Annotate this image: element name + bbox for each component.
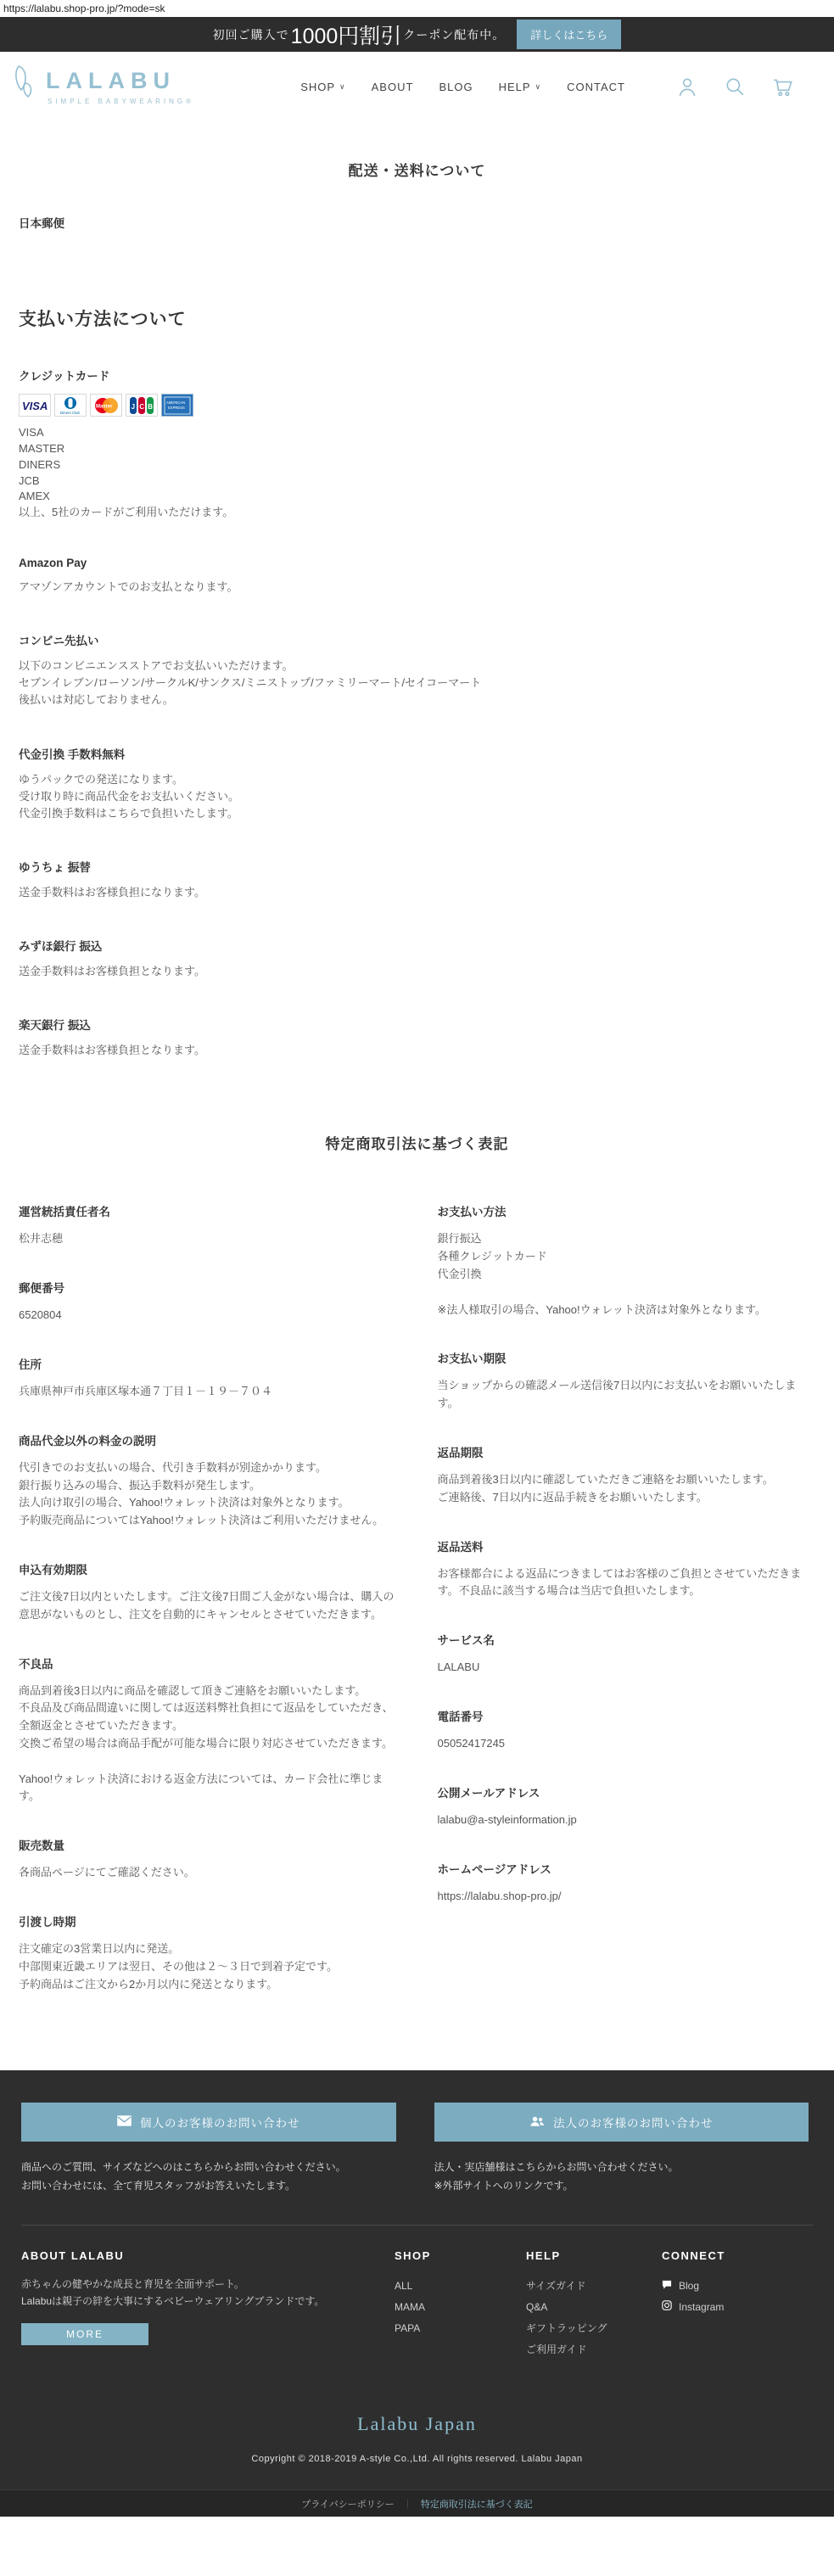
footer-link-mama[interactable]: MAMA [395,2297,526,2318]
footer-connect-heading: CONNECT [662,2249,813,2262]
lalabu-leaf-icon [14,64,39,109]
nav-help[interactable]: HELP∨ [499,81,542,93]
legal-item: 商品代金以外の料金の説明代引きでのお支払いの場合、代引き手数料が別途かかります。… [19,1431,397,1530]
legal-item-body: 銀行振込 各種クレジットカード 代金引換 ※法人様取引の場合、Yahoo!ウォレ… [438,1230,816,1319]
legal-item-heading: ホームページアドレス [438,1860,816,1877]
credit-heading: クレジットカード [19,367,815,384]
footer-bottom-bar: プライバシーポリシー ｜ 特定商取引法に基づく表記 [0,2489,834,2517]
brand-jcb: JCB [19,473,815,490]
legal-item: ホームページアドレスhttps://lalabu.shop-pro.jp/ [438,1860,816,1906]
legal-right-column: お支払い方法銀行振込 各種クレジットカード 代金引換 ※法人様取引の場合、Yah… [438,1202,816,1935]
method-heading: 楽天銀行 振込 [19,1016,815,1033]
carrier-heading: 日本郵便 [19,214,815,231]
legal-item-heading: 引渡し時期 [19,1912,397,1929]
promo-text-post: クーポン配布中。 [403,26,505,43]
legal-item-body: 6520804 [19,1307,397,1324]
method-heading: Amazon Pay [19,557,815,569]
corporate-contact-block: 法人のお客様のお問い合わせ 法人・実店舗様はこちらからお問い合わせください。 ※… [434,2103,809,2195]
corporate-contact-button[interactable]: 法人のお客様のお問い合わせ [434,2103,809,2142]
legal-item-body: 05052417245 [438,1735,816,1753]
nav-shop-label: SHOP [300,81,335,93]
chevron-down-icon: ∨ [535,82,542,92]
privacy-policy-link[interactable]: プライバシーポリシー [301,2497,394,2511]
legal-item-body: 当ショップからの確認メール送信後7日以内にお支払いをお願いいたします。 [438,1377,816,1413]
legal-item-body: 兵庫県神戸市兵庫区塚本通７丁目１－１９－７０４ [19,1383,397,1401]
nav-contact-label: CONTACT [567,81,625,93]
footer-link-sizeguide[interactable]: サイズガイド [526,2276,662,2297]
tokushoho-link[interactable]: 特定商取引法に基づく表記 [421,2497,533,2511]
footer-help-heading: HELP [526,2249,662,2262]
cart-icon[interactable] [771,76,795,98]
legal-item: 住所兵庫県神戸市兵庫区塚本通７丁目１－１９－７０４ [19,1355,397,1401]
mastercard-icon: Master [90,394,122,417]
brand-visa: VISA [19,425,815,441]
brand-amex: AMEX [19,489,815,505]
promo-banner: 初回ご購入で 1000円割引 クーポン配布中。 詳しくはこちら [0,17,834,52]
footer-link-qa[interactable]: Q&A [526,2297,662,2318]
method-heading: みずほ銀行 振込 [19,937,815,954]
legal-item: 不良品商品到着後3日以内に商品を確認して頂きご連絡をお願いいたします。 不良品及… [19,1655,397,1806]
footer-link-instagram[interactable]: Instagram [662,2297,813,2318]
legal-item: お支払い方法銀行振込 各種クレジットカード 代金引換 ※法人様取引の場合、Yah… [438,1202,816,1319]
card-brand-icons: VISA Diners Club Master JCB AMERICANEXPR… [19,394,815,417]
legal-item-body: 商品到着後3日以内に商品を確認して頂きご連絡をお願いいたします。 不良品及び商品… [19,1683,397,1806]
personal-contact-button[interactable]: 個人のお客様のお問い合わせ [21,2103,396,2142]
footer-link-papa[interactable]: PAPA [395,2318,526,2339]
legal-item-heading: 返品期限 [438,1443,816,1460]
footer-help-column: HELP サイズガイド Q&A ギフトラッピング ご利用ガイド [526,2249,662,2361]
svg-text:J: J [132,403,135,411]
method-heading: ゆうちょ 振替 [19,858,815,875]
nav-about-label: ABOUT [372,81,414,93]
diners-icon: Diners Club [54,394,87,417]
legal-item-heading: 電話番号 [438,1707,816,1724]
svg-text:Diners Club: Diners Club [60,411,80,415]
payment-method-amazonpay: Amazon Pay アマゾンアカウントでのお支払となります。 [19,557,815,596]
legal-item: 返品送料お客様都合による返品につきましてはお客様のご負担とさせていただきます。不… [438,1537,816,1601]
contact-section: 個人のお客様のお問い合わせ 商品へのご質問、サイズなどへのはこちらからお問い合わ… [0,2070,834,2224]
footer-link-blog[interactable]: Blog [662,2276,813,2297]
legal-item-heading: 商品代金以外の料金の説明 [19,1431,397,1448]
footer-link-blog-label: Blog [679,2276,699,2297]
svg-text:Master: Master [96,404,113,409]
legal-item-heading: お支払い方法 [438,1202,816,1219]
legal-item-body: 注文確定の3営業日以内に発送。 中部関東近畿エリアは翌日、その他は２〜３日で到着… [19,1940,397,1993]
promo-text-pre: 初回ご購入で [213,26,289,43]
payment-method-yucho: ゆうちょ 振替 送金手数料はお客様負担になります。 [19,858,815,901]
footer-link-giftwrap[interactable]: ギフトラッピング [526,2318,662,2339]
personal-contact-block: 個人のお客様のお問い合わせ 商品へのご質問、サイズなどへのはこちらからお問い合わ… [21,2103,396,2195]
method-body: 送金手数料はお客様負担となります。 [19,1042,815,1059]
shipping-title: 配送・送料について [19,159,815,180]
brand-diners: DINERS [19,457,815,473]
svg-text:EXPRESS: EXPRESS [168,406,185,410]
legal-item: 公開メールアドレスlalabu@a-styleinformation.jp [438,1784,816,1829]
method-body: 以下のコンビニエンスストアでお支払いいただけます。 セブンイレブン/ローソン/サ… [19,658,815,708]
legal-item-body: 代引きでのお支払いの場合、代引き手数料が別途かかります。 銀行振り込みの場合、振… [19,1459,397,1530]
legal-item-body: https://lalabu.shop-pro.jp/ [438,1888,816,1906]
legal-item-heading: 住所 [19,1355,397,1372]
method-body: 送金手数料はお客様負担になります。 [19,884,815,901]
nav-blog-label: BLOG [439,81,473,93]
credit-card-block: クレジットカード VISA Diners Club Master JCB AME… [19,367,815,521]
method-body: アマゾンアカウントでのお支払となります。 [19,579,815,596]
instagram-icon [662,2297,672,2318]
legal-left-column: 運営統括責任者名松井志穂 郵便番号6520804 住所兵庫県神戸市兵庫区塚本通７… [19,1202,397,2024]
payment-title: 支払い方法について [19,305,815,331]
site-logo[interactable]: LALABU SIMPLE BABYWEARING® [14,64,194,109]
jcb-icon: JCB [126,394,158,417]
footer-columns: ABOUT LALABU 赤ちゃんの健やかな成長と育児を全面サポート。 Lala… [21,2226,813,2361]
footer-link-all[interactable]: ALL [395,2276,526,2297]
legal-item-heading: 運営統括責任者名 [19,1202,397,1219]
legal-item: 運営統括責任者名松井志穂 [19,1202,397,1248]
card-brand-list: VISA MASTER DINERS JCB AMEX 以上、5社のカードがご利… [19,425,815,521]
legal-item-heading: 不良品 [19,1655,397,1672]
nav-contact[interactable]: CONTACT [567,81,625,93]
logo-tagline: SIMPLE BABYWEARING® [48,98,194,105]
payment-method-mizuho: みずほ銀行 振込 送金手数料はお客様負担となります。 [19,937,815,980]
legal-table: 運営統括責任者名松井志穂 郵便番号6520804 住所兵庫県神戸市兵庫区塚本通７… [19,1202,815,2024]
legal-item-heading: 郵便番号 [19,1279,397,1296]
payment-method-rakuten: 楽天銀行 振込 送金手数料はお客様負担となります。 [19,1016,815,1059]
nav-blog[interactable]: BLOG [439,81,473,93]
footer-shop-heading: SHOP [395,2249,526,2262]
legal-item-body: 商品到着後3日以内に確認していただきご連絡をお願いいたします。 ご連絡後、7日以… [438,1471,816,1507]
legal-item-body: ご注文後7日以内といたします。ご注文後7日間ご入金がない場合は、購入の意思がない… [19,1588,397,1624]
footer-connect-column: CONNECT Blog Instagram [662,2249,813,2361]
promo-text: 初回ご購入で 1000円割引 クーポン配布中。 [213,20,506,50]
corporate-contact-label: 法人のお客様のお問い合わせ [553,2114,714,2131]
footer-about-text: 赤ちゃんの健やかな成長と育児を全面サポート。 Lalabuは親子の絆を大事にする… [21,2276,395,2310]
chevron-down-icon: ∨ [339,82,346,92]
legal-item-body: 各商品ページにてご確認ください。 [19,1864,397,1882]
footer-copyright: Copyright © 2018-2019 A-style Co.,Ltd. A… [21,2435,813,2489]
legal-item-heading: 返品送料 [438,1537,816,1554]
footer-link-guide[interactable]: ご利用ガイド [526,2339,662,2360]
svg-text:AMERICAN: AMERICAN [166,400,185,405]
legal-item: お支払い期限当ショップからの確認メール送信後7日以内にお支払いをお願いいたします… [438,1349,816,1413]
promo-text-big: 1000円割引 [291,20,402,50]
site-header: LALABU SIMPLE BABYWEARING® SHOP∨ ABOUT B… [0,52,834,121]
svg-text:VISA: VISA [22,400,48,412]
footer-about-column: ABOUT LALABU 赤ちゃんの健やかな成長と育児を全面サポート。 Lala… [21,2249,395,2361]
payment-method-cod: 代金引換 手数料無料 ゆうパックでの発送になります。 受け取り時に商品代金をお支… [19,745,815,822]
method-body: 送金手数料はお客様負担となります。 [19,963,815,980]
footer-brand: Lalabu Japan [21,2360,813,2435]
promo-detail-button[interactable]: 詳しくはこちら [517,20,621,49]
legal-item: 引渡し時期注文確定の3営業日以内に発送。 中部関東近畿エリアは翌日、その他は２〜… [19,1912,397,1993]
method-heading: 代金引換 手数料無料 [19,745,815,762]
account-icon[interactable] [676,76,698,98]
legal-item-body: lalabu@a-styleinformation.jp [438,1812,816,1829]
amex-icon: AMERICANEXPRESS [161,394,193,417]
legal-item: 郵便番号6520804 [19,1279,397,1324]
legal-item: 申込有効期限ご注文後7日以内といたします。ご注文後7日間ご入金がない場合は、購入… [19,1560,397,1624]
brand-master: MASTER [19,441,815,457]
main-nav: SHOP∨ ABOUT BLOG HELP∨ CONTACT [300,81,625,93]
footer-about-heading: ABOUT LALABU [21,2249,395,2262]
more-button[interactable]: MORE [21,2323,148,2345]
legal-item-heading: 販売数量 [19,1836,397,1853]
legal-item-heading: 申込有効期限 [19,1560,397,1577]
method-body: ゆうパックでの発送になります。 受け取り時に商品代金をお支払いください。 代金引… [19,771,815,822]
search-icon[interactable] [724,76,746,98]
legal-item: サービス名LALABU [438,1631,816,1677]
header-icons [676,76,795,98]
nav-about[interactable]: ABOUT [372,81,414,93]
legal-item-heading: 公開メールアドレス [438,1784,816,1800]
personal-contact-label: 個人のお客様のお問い合わせ [140,2114,300,2131]
site-footer: ABOUT LALABU 赤ちゃんの健やかな成長と育児を全面サポート。 Lala… [0,2225,834,2490]
payment-method-konbini: コンビニ先払い 以下のコンビニエンスストアでお支払いいただけます。 セブンイレブ… [19,631,815,708]
users-icon [529,2115,545,2130]
legal-item: 販売数量各商品ページにてご確認ください。 [19,1836,397,1882]
logo-text: LALABU [46,70,194,92]
link-separator: ｜ [403,2497,412,2511]
browser-url[interactable]: https://lalabu.shop-pro.jp/?mode=sk [0,0,834,17]
credit-note: 以上、5社のカードがご利用いただけます。 [19,505,815,521]
legal-item: 返品期限商品到着後3日以内に確認していただきご連絡をお願いいたします。 ご連絡後… [438,1443,816,1507]
nav-shop[interactable]: SHOP∨ [300,81,345,93]
legal-item-heading: サービス名 [438,1631,816,1648]
footer-link-instagram-label: Instagram [679,2297,724,2318]
visa-icon: VISA [19,394,51,417]
svg-text:B: B [148,403,153,411]
legal-item-body: お客様都合による返品につきましてはお客様のご負担とさせていただきます。不良品に該… [438,1565,816,1601]
personal-contact-note: 商品へのご質問、サイズなどへのはこちらからお問い合わせください。 お問い合わせに… [21,2159,396,2195]
svg-text:C: C [139,403,144,411]
main-content: 配送・送料について 日本郵便 支払い方法について クレジットカード VISA D… [0,159,834,2024]
method-heading: コンビニ先払い [19,631,815,648]
footer-shop-column: SHOP ALL MAMA PAPA [395,2249,526,2361]
legal-item-body: 松井志穂 [19,1230,397,1248]
legal-item: 電話番号05052417245 [438,1707,816,1753]
legal-item-heading: お支払い期限 [438,1349,816,1366]
nav-help-label: HELP [499,81,531,93]
legal-title: 特定商取引法に基づく表記 [19,1132,815,1153]
mail-icon [117,2115,132,2129]
blog-icon [662,2276,672,2297]
corporate-contact-note: 法人・実店舗様はこちらからお問い合わせください。 ※外部サイトへのリンクです。 [434,2159,809,2195]
legal-item-body: LALABU [438,1659,816,1677]
